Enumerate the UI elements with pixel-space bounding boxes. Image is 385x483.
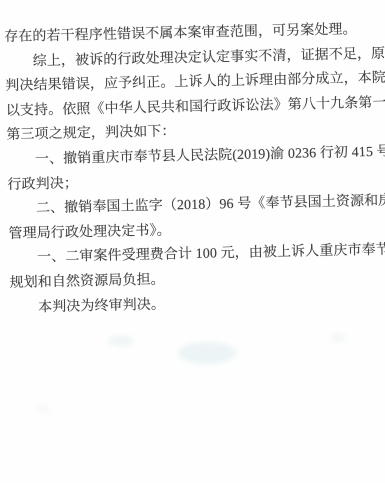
scanned-judgment-page: 存在的若干程序性错误不属本案审查范围，可另案处理。 综上，被诉的行政处理决定认定… [0, 0, 385, 483]
scan-smudge [36, 406, 50, 413]
scan-smudge [108, 336, 134, 346]
scan-smudge [330, 334, 346, 342]
scan-smudge [178, 342, 236, 364]
judgment-text-block: 存在的若干程序性错误不属本案审查范围，可另案处理。 综上，被诉的行政处理决定认定… [4, 18, 385, 321]
